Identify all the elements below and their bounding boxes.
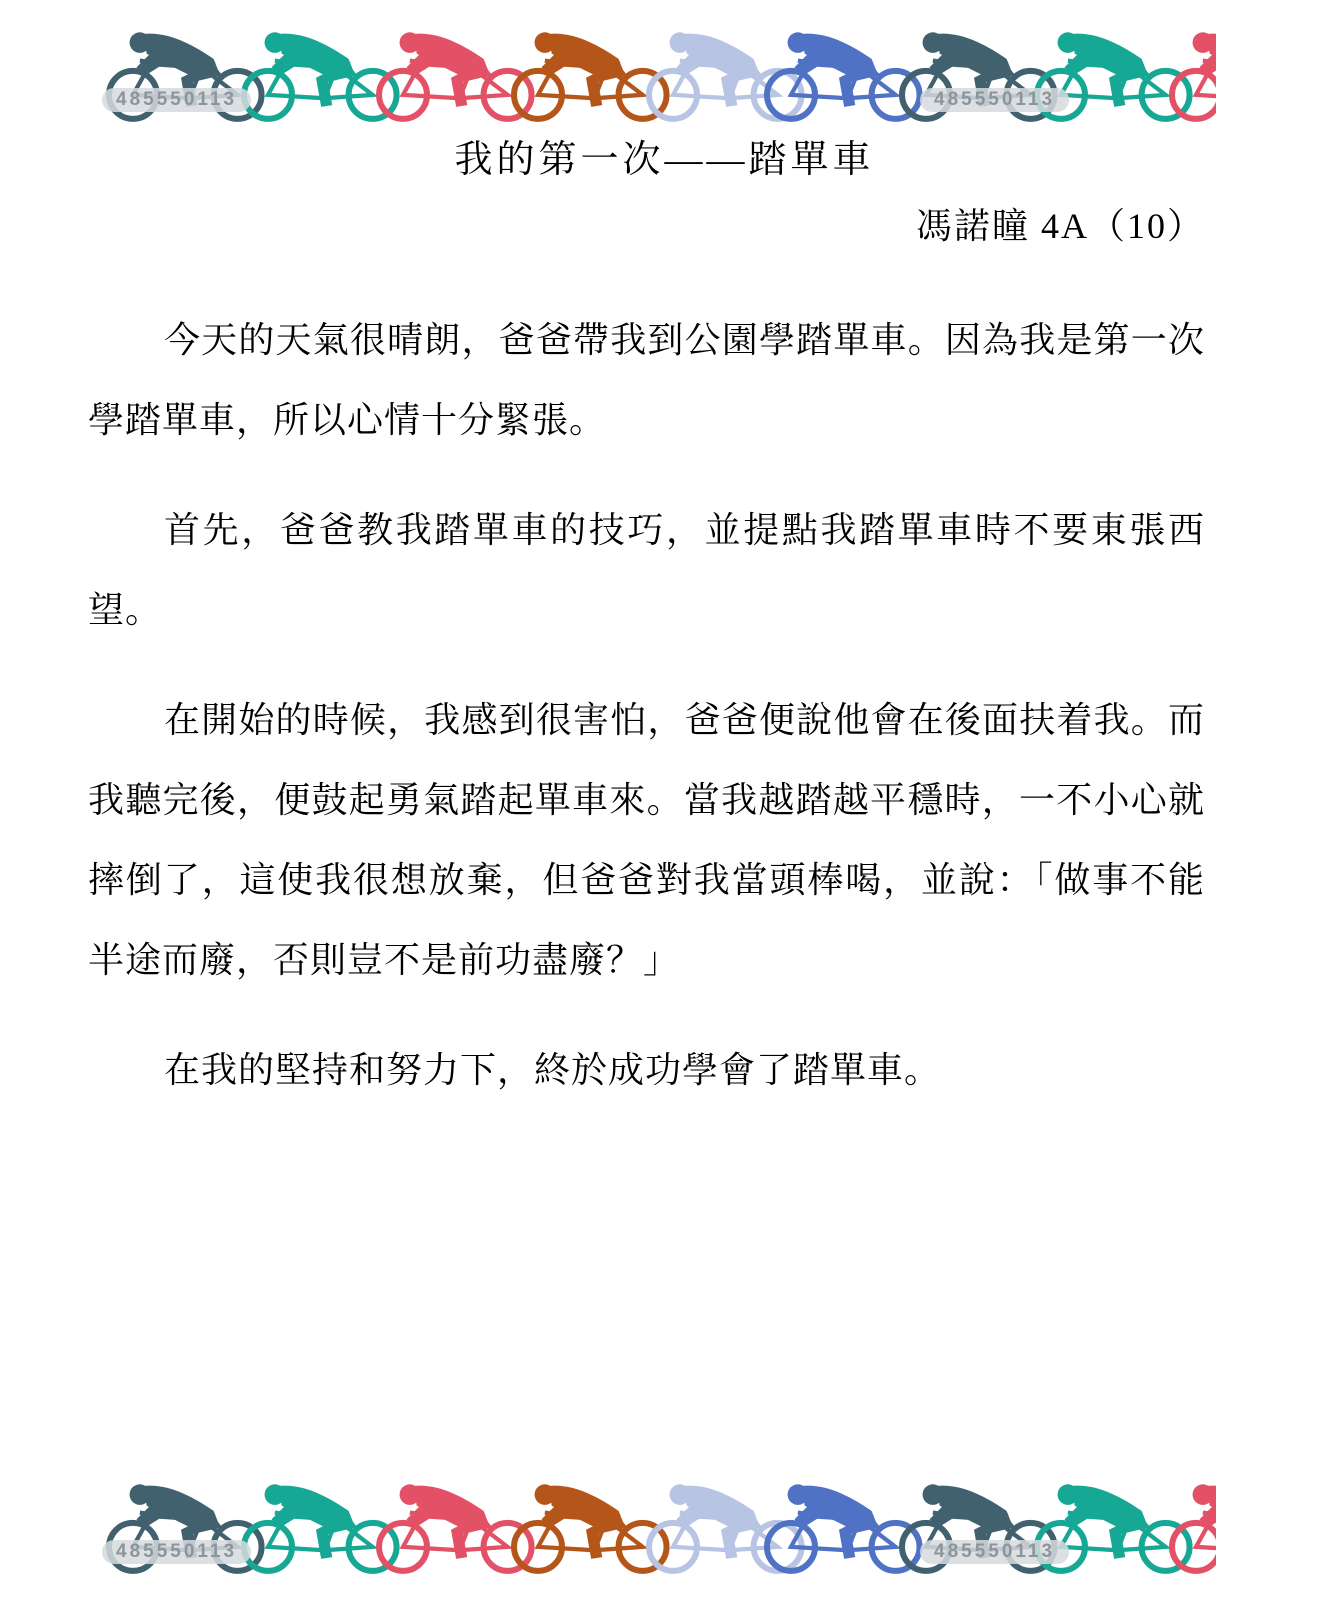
stock-watermark: 485550113: [920, 88, 1069, 112]
stock-watermark: 485550113: [102, 88, 251, 112]
stock-watermark: 485550113: [920, 1540, 1069, 1564]
cyclist-icon: [244, 1484, 397, 1571]
cyclist-icon: [379, 32, 532, 119]
document-page: 485550113 485550113 我的第一次——踏單車 馮諾瞳 4A（10…: [0, 0, 1329, 1600]
author-line: 馮諾瞳 4A（10）: [916, 198, 1205, 249]
cyclist-border-bottom: 485550113 485550113: [88, 1482, 1216, 1576]
essay-paragraph: 在我的堅持和努力下，終於成功學會了踏單車。: [88, 1030, 1205, 1110]
cyclist-icon: [514, 1484, 667, 1571]
cyclist-icon: [1172, 32, 1216, 119]
essay-body: 今天的天氣很晴朗，爸爸帶我到公園學踏單車。因為我是第一次學踏單車，所以心情十分緊…: [88, 300, 1205, 1140]
essay-title: 我的第一次——踏單車: [0, 128, 1329, 183]
essay-paragraph: 在開始的時候，我感到很害怕，爸爸便說他會在後面扶着我。而我聽完後，便鼓起勇氣踏起…: [88, 680, 1205, 1000]
essay-paragraph: 首先，爸爸教我踏單車的技巧，並提點我踏單車時不要東張西望。: [88, 490, 1205, 650]
stock-watermark: 485550113: [102, 1540, 251, 1564]
cyclist-icon: [244, 32, 397, 119]
cyclist-border-top: 485550113 485550113: [88, 30, 1216, 124]
cyclist-icon: [1172, 1484, 1216, 1571]
cyclist-icon: [379, 1484, 532, 1571]
essay-paragraph: 今天的天氣很晴朗，爸爸帶我到公園學踏單車。因為我是第一次學踏單車，所以心情十分緊…: [88, 300, 1205, 460]
cyclist-icon: [514, 32, 667, 119]
